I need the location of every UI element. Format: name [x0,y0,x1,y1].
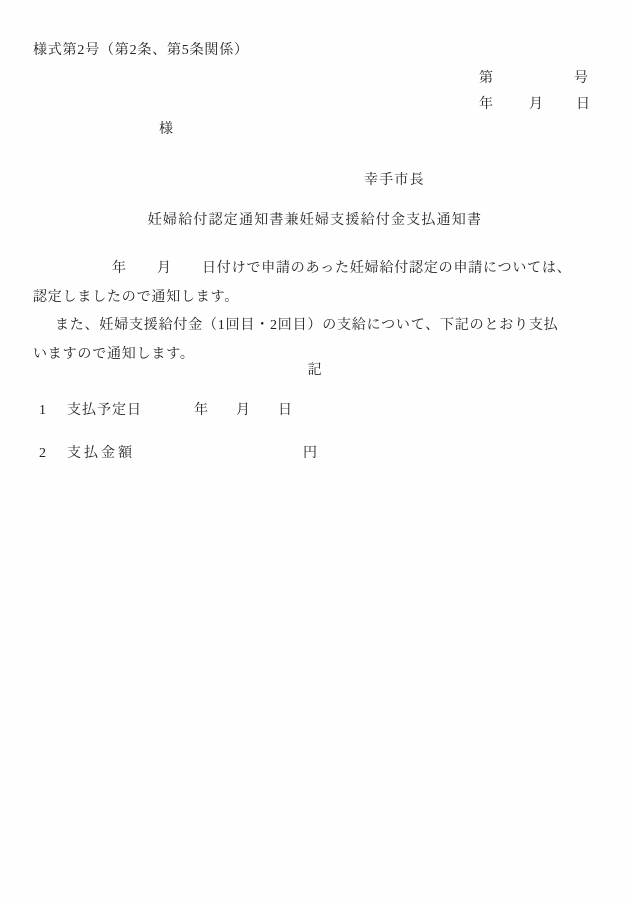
header-date-year-label: 年 [479,96,494,114]
form-number-label: 様式第2号（第2条、第5条関係） [33,42,249,60]
payment-date-year-label: 年 [194,402,209,420]
header-date-day-label: 日 [576,96,591,114]
doc-number-prefix: 第 [479,70,494,88]
payment-amount-label: 支払金額 [67,445,135,463]
paragraph1-line2-text: 認定しましたので通知します。 [33,289,239,307]
paragraph1-line1-text: 日付けで申請のあった妊婦給付認定の申請については、 [202,260,572,278]
addressee-honorific: 様 [159,121,174,139]
paragraph2-line1-text: また、妊婦支援給付金（1回目・2回目）の支給について、下記のとおり支払 [55,317,558,335]
application-date-month-label: 月 [157,260,172,278]
payment-amount-unit-label: 円 [303,445,318,463]
payment-date-day-label: 日 [278,402,293,420]
record-heading: 記 [0,362,630,380]
document-title: 妊婦給付認定通知書兼妊婦支援給付金支払通知書 [0,212,630,230]
item-number: 2 [39,445,47,463]
sender-name: 幸手市長 [364,172,425,190]
payment-date-month-label: 月 [236,402,251,420]
payment-date-label: 支払予定日 [67,402,142,420]
header-date-month-label: 月 [529,96,544,114]
document-page: 様式第2号（第2条、第5条関係） 第 号 年 月 日 様 幸手市長 妊婦給付認定… [0,0,630,903]
doc-number-suffix: 号 [574,70,589,88]
item-number: 1 [39,402,47,420]
application-date-year-label: 年 [112,260,127,278]
